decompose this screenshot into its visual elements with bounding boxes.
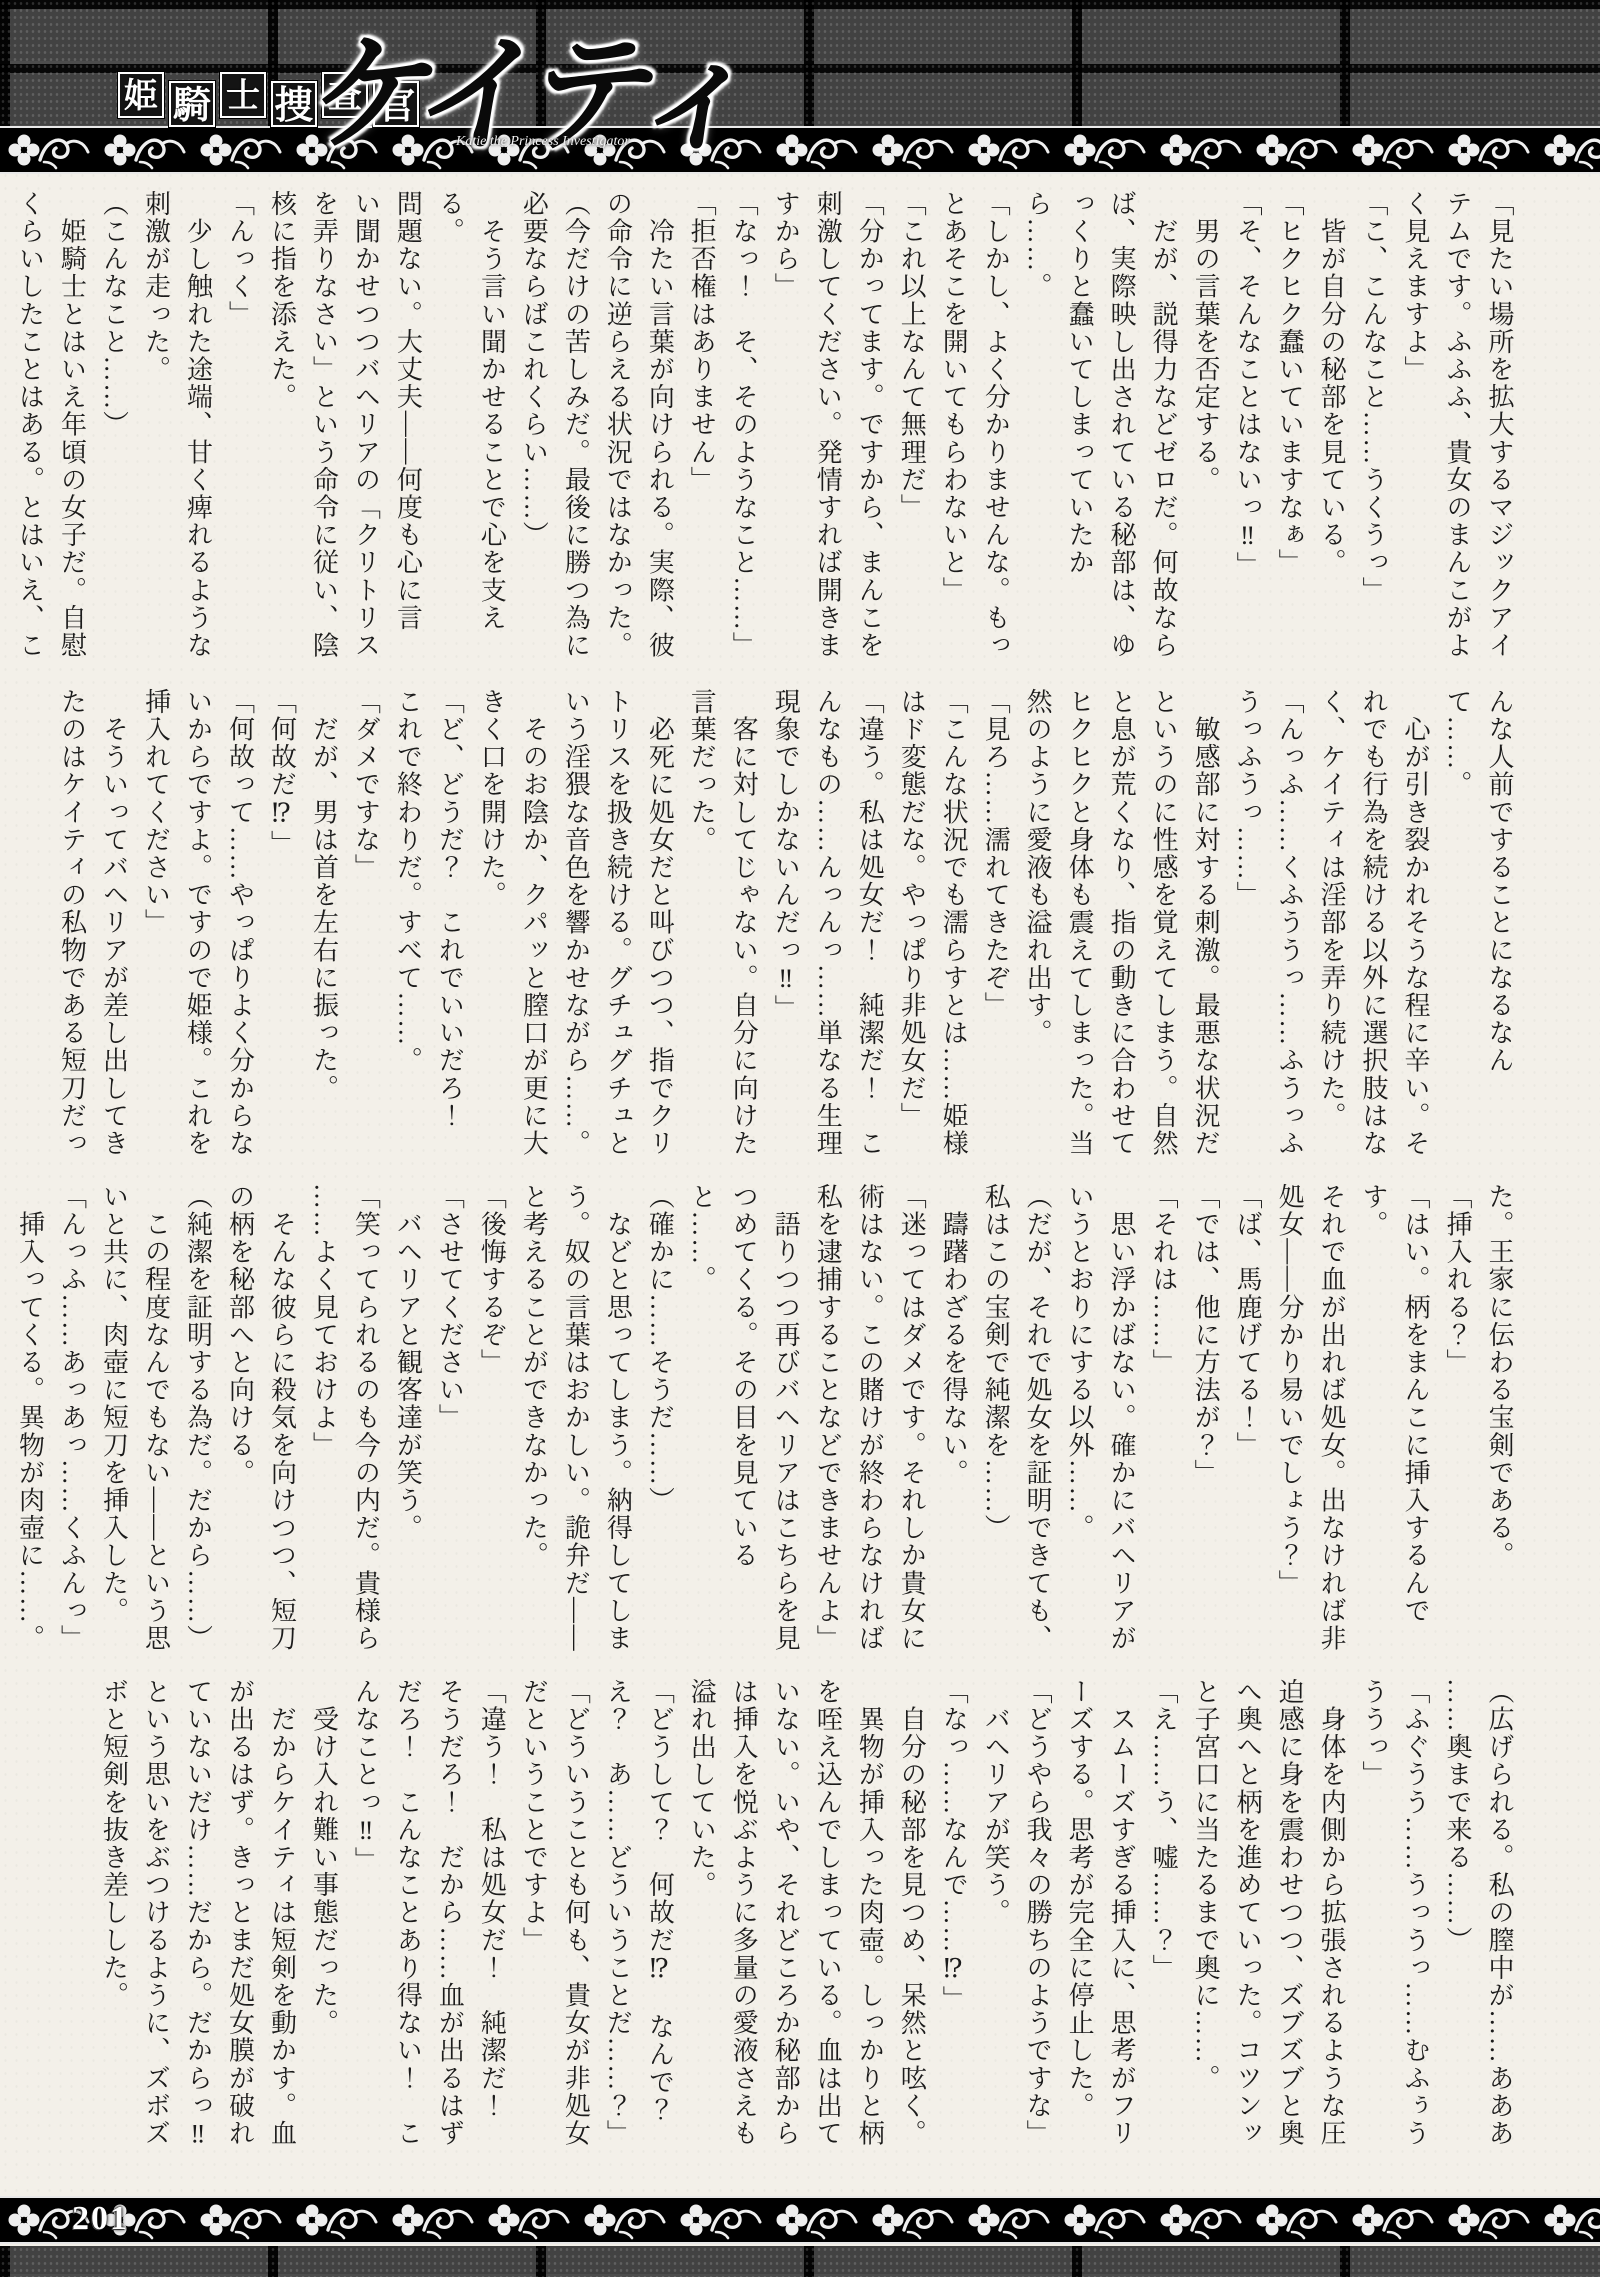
text-band-1: 「見たい場所を拡大するマジックアイ テムです。ふふふ、貴女のまんこがよ く見えま…: [95, 190, 1520, 668]
text-band-2: んな人前ですることになるなんて……。 心が引き裂かれそうな程に辛い。そ れでも行…: [95, 688, 1520, 1166]
flower-scroll-ornament: [0, 2198, 1600, 2242]
brick-border-bottom: [0, 2246, 1600, 2277]
logo-kanji-char: 士: [220, 72, 266, 118]
series-logo-subtitle: Katie the Princess Investigator: [456, 134, 656, 150]
ornament-band-bottom: [0, 2196, 1600, 2244]
logo-kanji-char: 騎: [169, 81, 215, 127]
logo-kanji-char: 姫: [118, 72, 164, 118]
page-number: 201: [72, 2200, 129, 2238]
text-band-3: た。王家に伝わる宝剣である。 「挿入れる？」 「はい。柄をまんこに挿入するんです…: [95, 1183, 1520, 1661]
book-page: 姫 騎 士 捜 査 官 ケイティ Katie the Princess Inve…: [0, 0, 1600, 2277]
series-logo: 姫 騎 士 捜 査 官 ケイティ Katie the Princess Inve…: [118, 6, 678, 186]
text-band-4: （広げられる。私の膣中が……あああ ……奥まで来る……） 「ふぐうう……うっうっ…: [95, 1678, 1520, 2156]
